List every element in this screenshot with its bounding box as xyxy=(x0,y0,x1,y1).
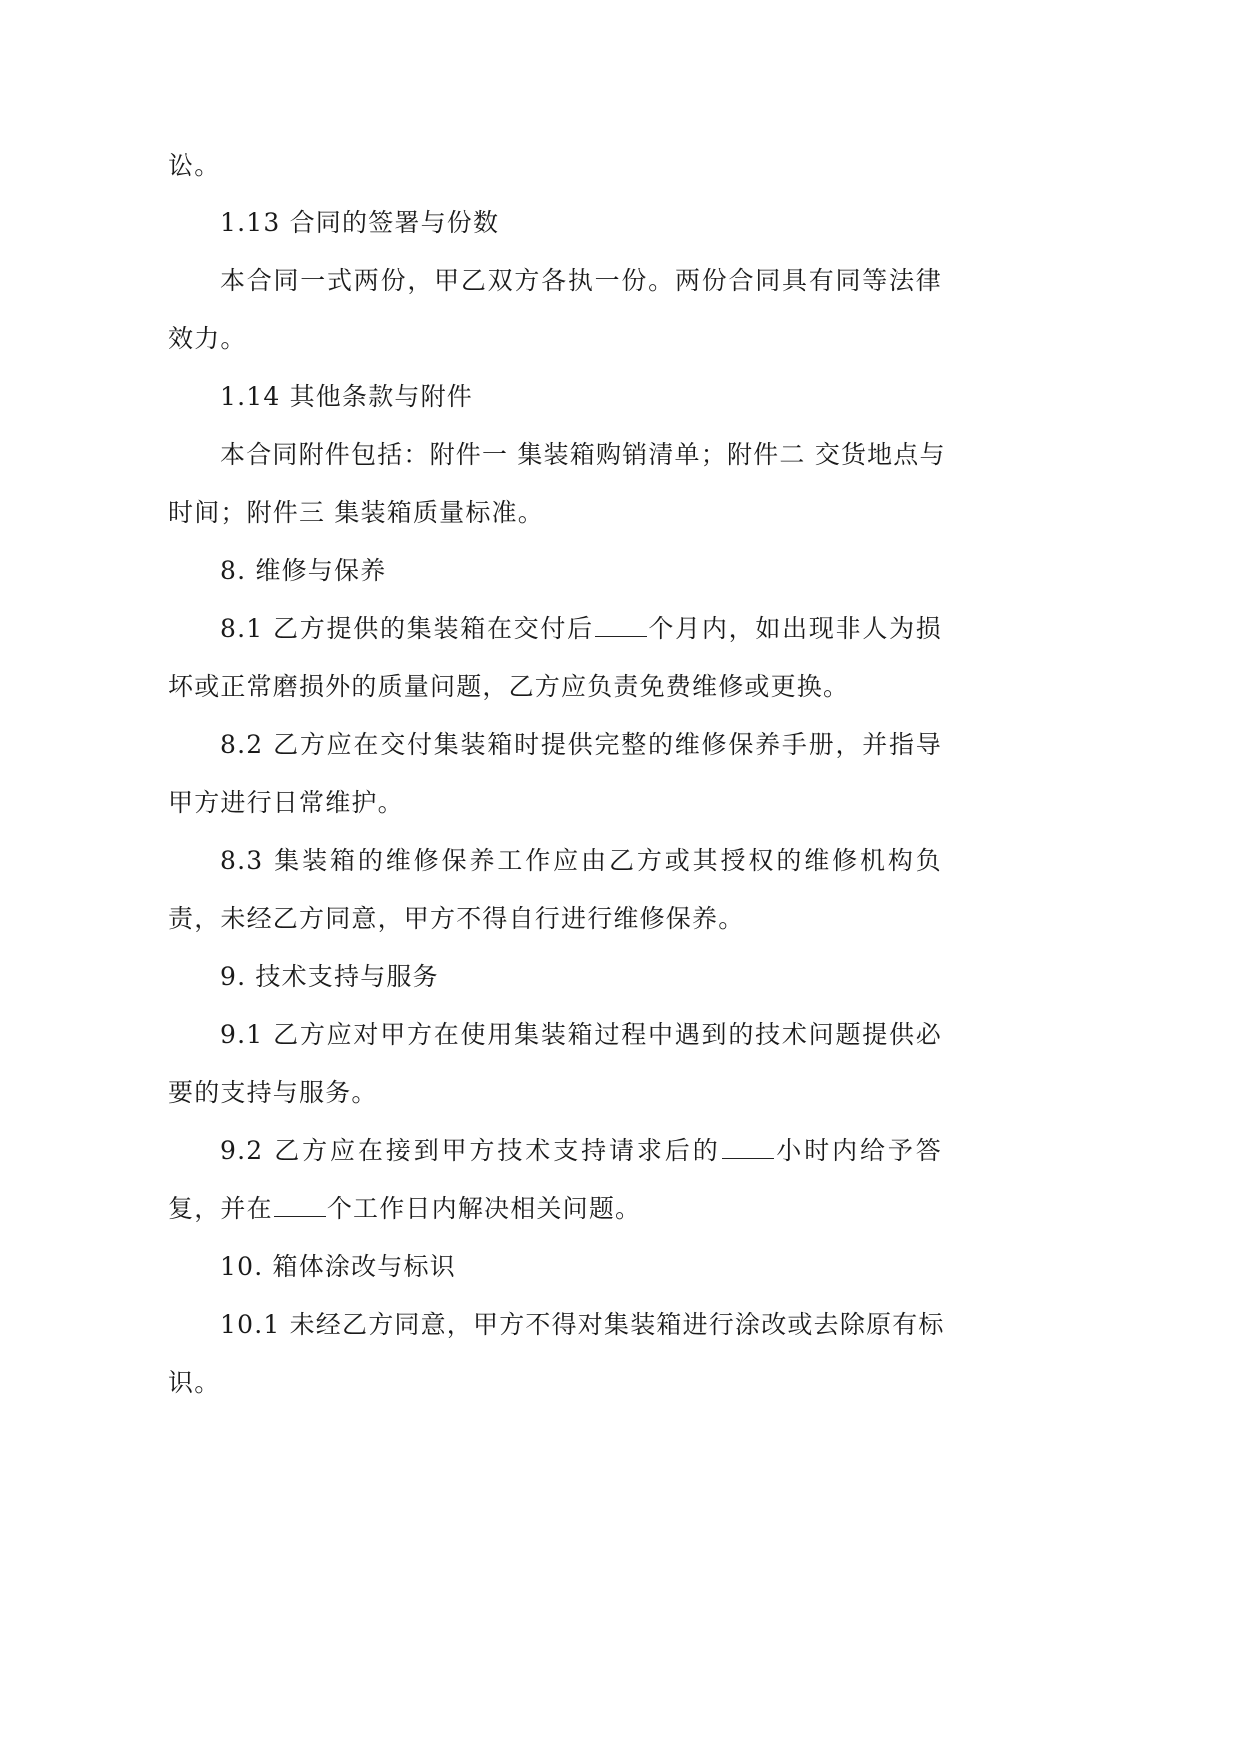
paragraph-8-3-line-1: 8.3 集装箱的维修保养工作应由乙方或其授权的维修机构负 xyxy=(220,841,942,881)
paragraph-9-1-line-2: 要的支持与服务。 xyxy=(168,1073,942,1113)
section-heading-8: 8. 维修与保养 xyxy=(220,551,942,591)
section-heading-1-13: 1.13 合同的签署与份数 xyxy=(220,203,942,243)
paragraph-1-14-line-1: 本合同附件包括：附件一 集装箱购销清单；附件二 交货地点与 xyxy=(220,435,942,475)
fill-in-blank-hours[interactable] xyxy=(722,1136,774,1159)
section-heading-1-14: 1.14 其他条款与附件 xyxy=(220,377,942,417)
paragraph-9-2-line-2: 复，并在个工作日内解决相关问题。 xyxy=(168,1189,942,1229)
paragraph-8-2-line-1: 8.2 乙方应在交付集装箱时提供完整的维修保养手册，并指导 xyxy=(220,725,942,765)
paragraph-8-2-line-2: 甲方进行日常维护。 xyxy=(168,783,942,823)
fill-in-blank-months[interactable] xyxy=(595,614,647,637)
paragraph-1-13-line-1: 本合同一式两份，甲乙双方各执一份。两份合同具有同等法律 xyxy=(220,261,942,301)
paragraph-1-13-line-2: 效力。 xyxy=(168,319,942,359)
paragraph-8-1-text-after-blank: 个月内，如出现非人为损 xyxy=(648,614,942,643)
paragraph-tail-line: 讼。 xyxy=(168,146,942,186)
paragraph-9-2-line-2-before-blank: 复，并在 xyxy=(168,1194,273,1223)
document-page: 讼。 1.13 合同的签署与份数 本合同一式两份，甲乙双方各执一份。两份合同具有… xyxy=(0,0,1240,1753)
section-heading-10: 10. 箱体涂改与标识 xyxy=(220,1247,942,1287)
paragraph-9-2-line-1: 9.2 乙方应在接到甲方技术支持请求后的小时内给予答 xyxy=(220,1131,942,1171)
paragraph-9-2-text-after-blank: 小时内给予答 xyxy=(775,1136,942,1165)
fill-in-blank-workdays[interactable] xyxy=(274,1194,326,1217)
paragraph-9-2-text-before-blank: 9.2 乙方应在接到甲方技术支持请求后的 xyxy=(220,1136,721,1165)
paragraph-8-1-line-2: 坏或正常磨损外的质量问题，乙方应负责免费维修或更换。 xyxy=(168,667,942,707)
paragraph-8-1-text-before-blank: 8.1 乙方提供的集装箱在交付后 xyxy=(220,614,594,643)
paragraph-10-1-line-2: 识。 xyxy=(168,1363,942,1403)
paragraph-9-1-line-1: 9.1 乙方应对甲方在使用集装箱过程中遇到的技术问题提供必 xyxy=(220,1015,942,1055)
paragraph-8-1-line-1: 8.1 乙方提供的集装箱在交付后个月内，如出现非人为损 xyxy=(220,609,942,649)
paragraph-9-2-line-2-after-blank: 个工作日内解决相关问题。 xyxy=(327,1194,641,1223)
paragraph-8-3-line-2: 责，未经乙方同意，甲方不得自行进行维修保养。 xyxy=(168,899,942,939)
paragraph-1-14-line-2: 时间；附件三 集装箱质量标准。 xyxy=(168,493,942,533)
paragraph-10-1-line-1: 10.1 未经乙方同意，甲方不得对集装箱进行涂改或去除原有标 xyxy=(220,1305,942,1345)
section-heading-9: 9. 技术支持与服务 xyxy=(220,957,942,997)
